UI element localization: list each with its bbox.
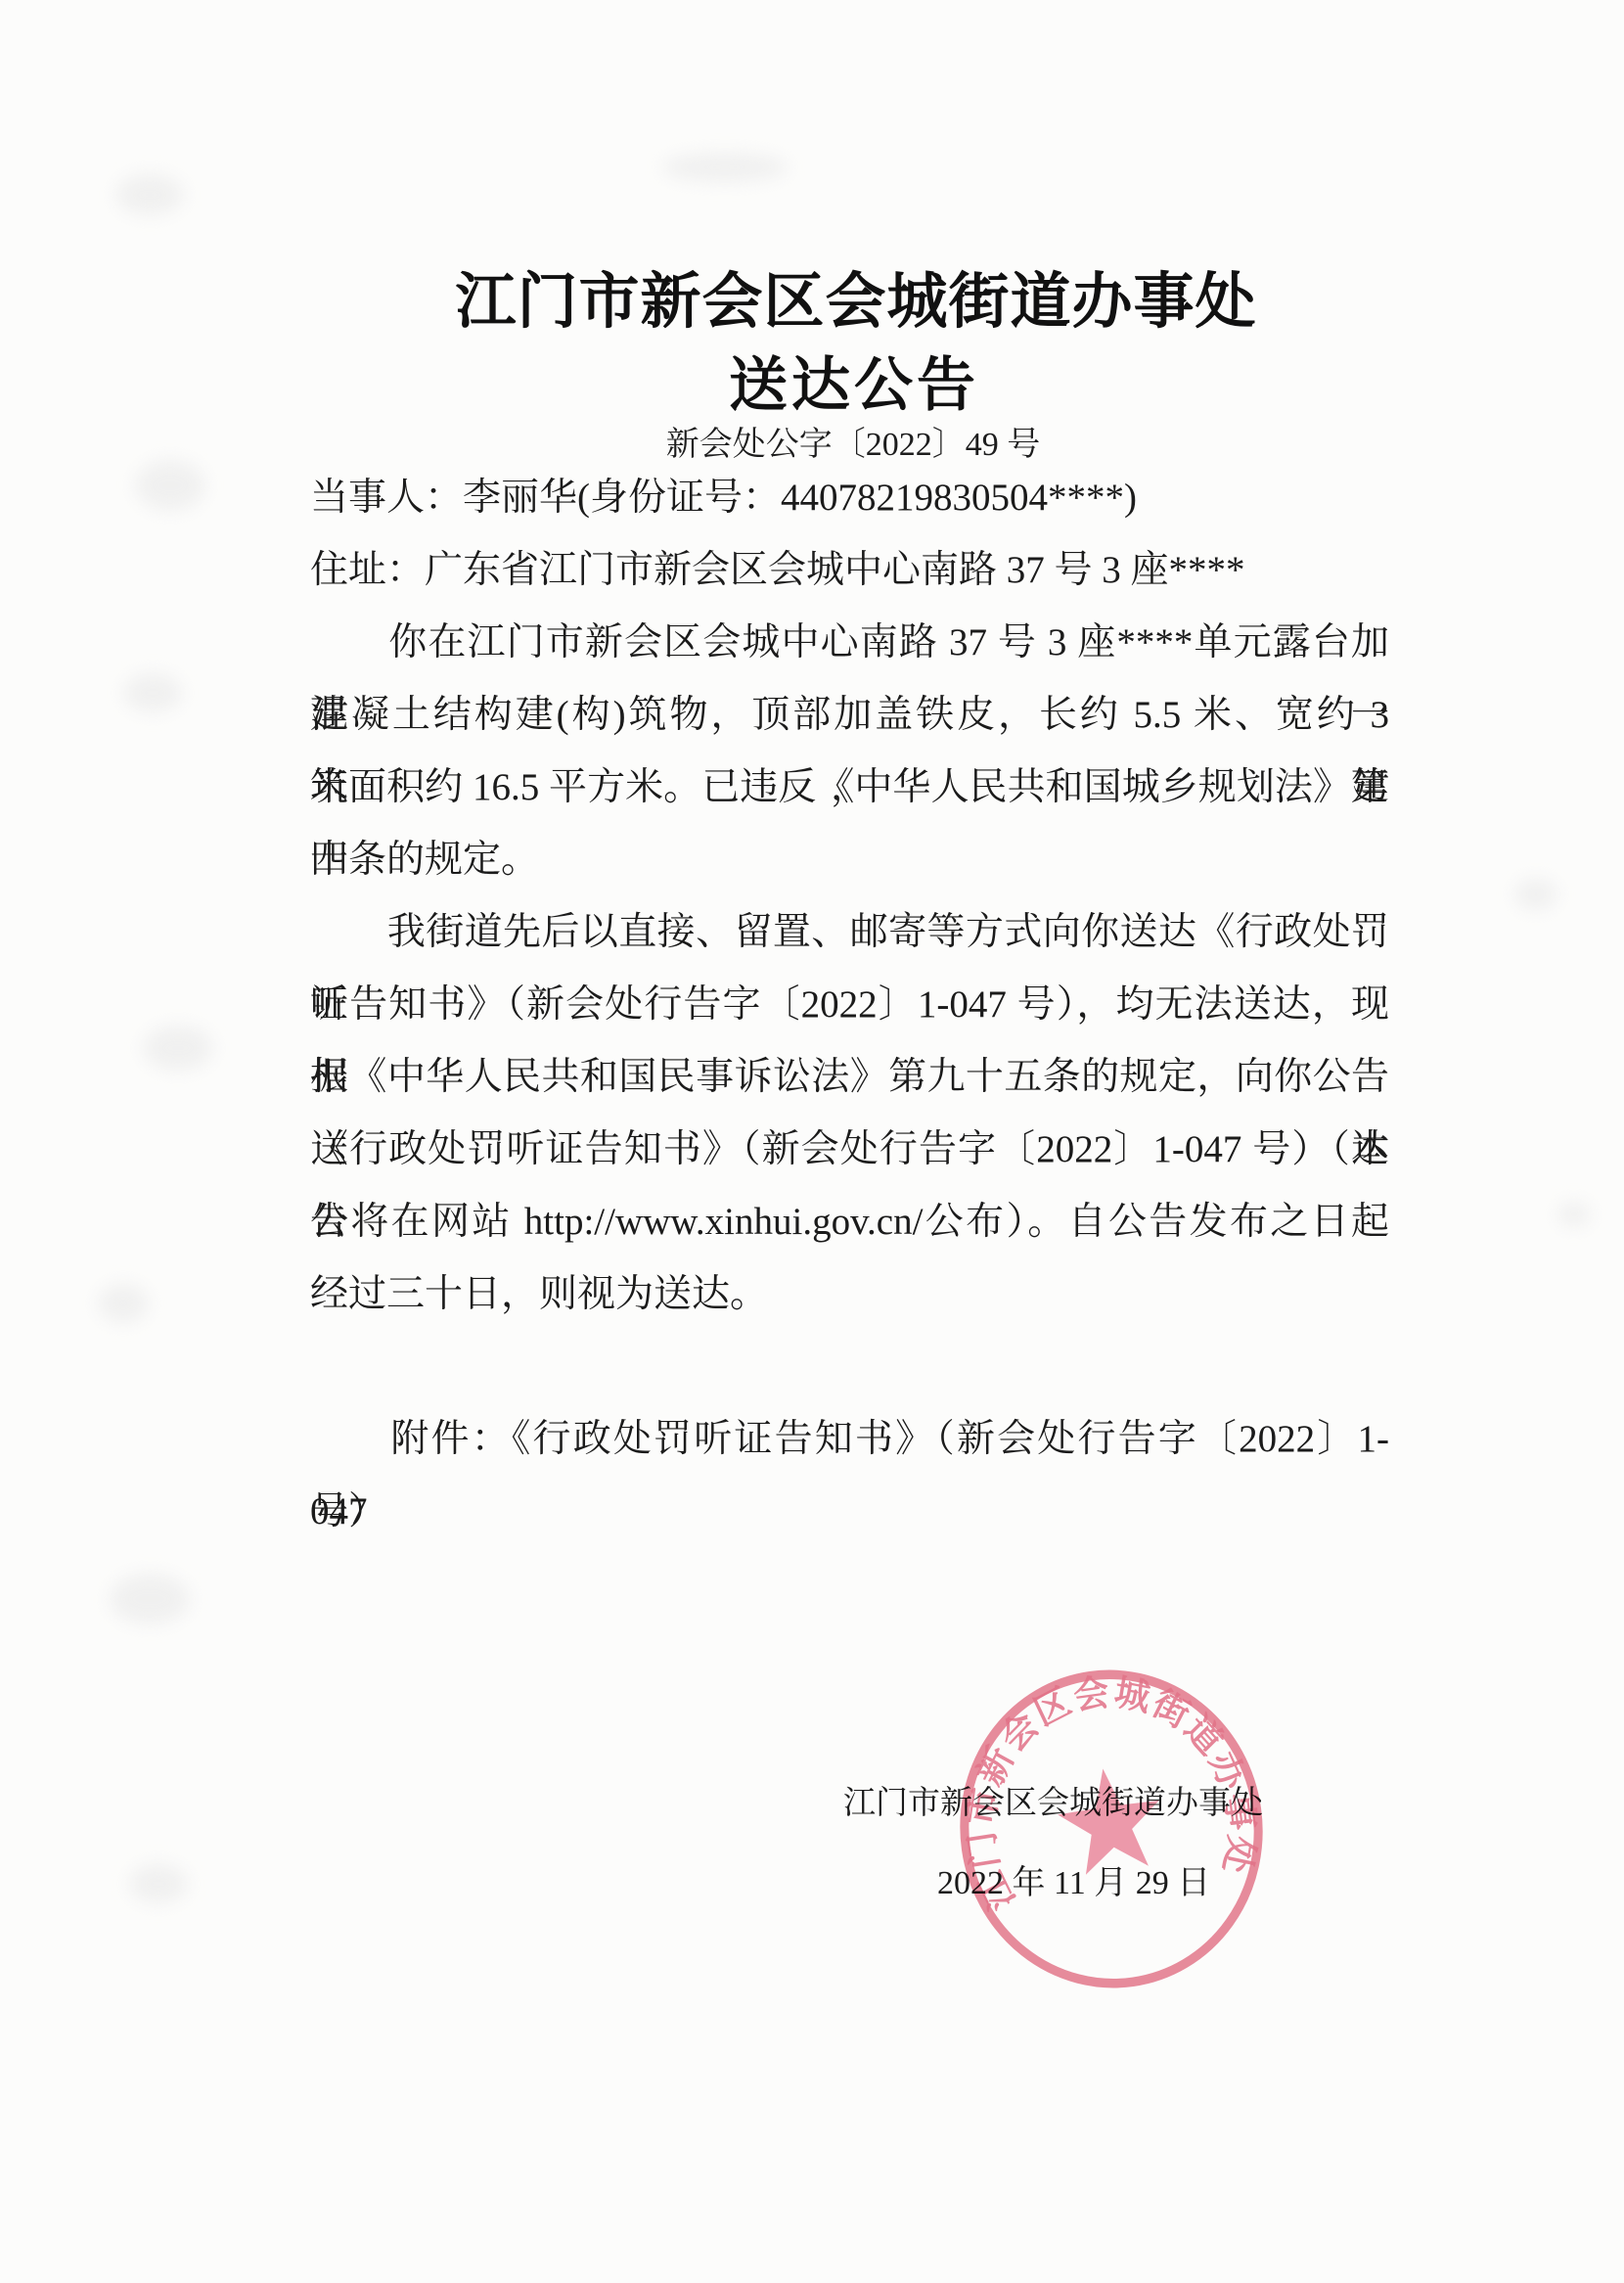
body-line: 你在江门市新会区会城中心南路 37 号 3 座****单元露台加建一 <box>310 607 1389 679</box>
body-line: 我街道先后以直接、留置、邮寄等方式向你送达《行政处罚听 <box>310 896 1389 969</box>
body-line: 十条的规定。 <box>310 824 1389 896</box>
body-line-party: 当事人：李丽华(身份证号：44078219830504****) <box>310 462 1389 534</box>
body-line: 经过三十日，则视为送达。 <box>310 1258 1389 1331</box>
body-line: 证告知书》（新会处行告字〔2022〕1-047 号），均无法送达，现根 <box>310 969 1389 1041</box>
body-line-attachment: 附件：《行政处罚听证告知书》（新会处行告字〔2022〕1-047 <box>310 1403 1389 1476</box>
document-title-org: 江门市新会区会城街道办事处 <box>88 252 1624 340</box>
scan-smudge <box>135 460 205 511</box>
scan-smudge <box>143 1026 213 1071</box>
document-number: 新会处公字〔2022〕49 号 <box>82 417 1624 465</box>
body-line-address: 住址：广东省江门市新会区会城中心南路 37 号 3 座**** <box>310 534 1389 607</box>
official-seal: 江门市新会区会城街道办事处 <box>920 1630 1302 2028</box>
scanned-notice-page: 江门市新会区会城街道办事处 送达公告 新会处公字〔2022〕49 号 当事人：李… <box>0 0 1624 2283</box>
body-line: 混凝土结构建(构)筑物，顶部加盖铁皮，长约 5.5 米、宽约 3 米，建 <box>310 679 1389 752</box>
body-line: 告将在网站 http://www.xinhui.gov.cn/公布）。自公告发布… <box>310 1186 1389 1258</box>
scan-smudge <box>98 1284 149 1323</box>
body-line: 据《中华人民共和国民事诉讼法》第九十五条的规定，向你公告送达 <box>310 1041 1389 1114</box>
scan-smudge <box>1514 879 1557 910</box>
scan-smudge <box>129 1864 188 1903</box>
scan-smudge <box>123 673 182 712</box>
scan-smudge <box>1557 1202 1591 1227</box>
scan-smudge <box>110 1574 190 1624</box>
body-line-attachment-end: 号） <box>310 1476 1389 1548</box>
document-title-type: 送达公告 <box>86 339 1622 423</box>
scan-smudge <box>115 174 184 215</box>
scan-smudge <box>661 153 789 182</box>
document-body: 当事人：李丽华(身份证号：44078219830504****) 住址：广东省江… <box>310 462 1389 1548</box>
star-icon <box>1053 1761 1168 1877</box>
body-line: 筑面积约 16.5 平方米。已违反《中华人民共和国城乡规划法》第四 <box>310 752 1389 824</box>
official-seal-graphic: 江门市新会区会城街道办事处 <box>920 1630 1302 2028</box>
body-line: 《行政处罚听证告知书》（新会处行告字〔2022〕1-047 号）（本公 <box>310 1114 1389 1186</box>
